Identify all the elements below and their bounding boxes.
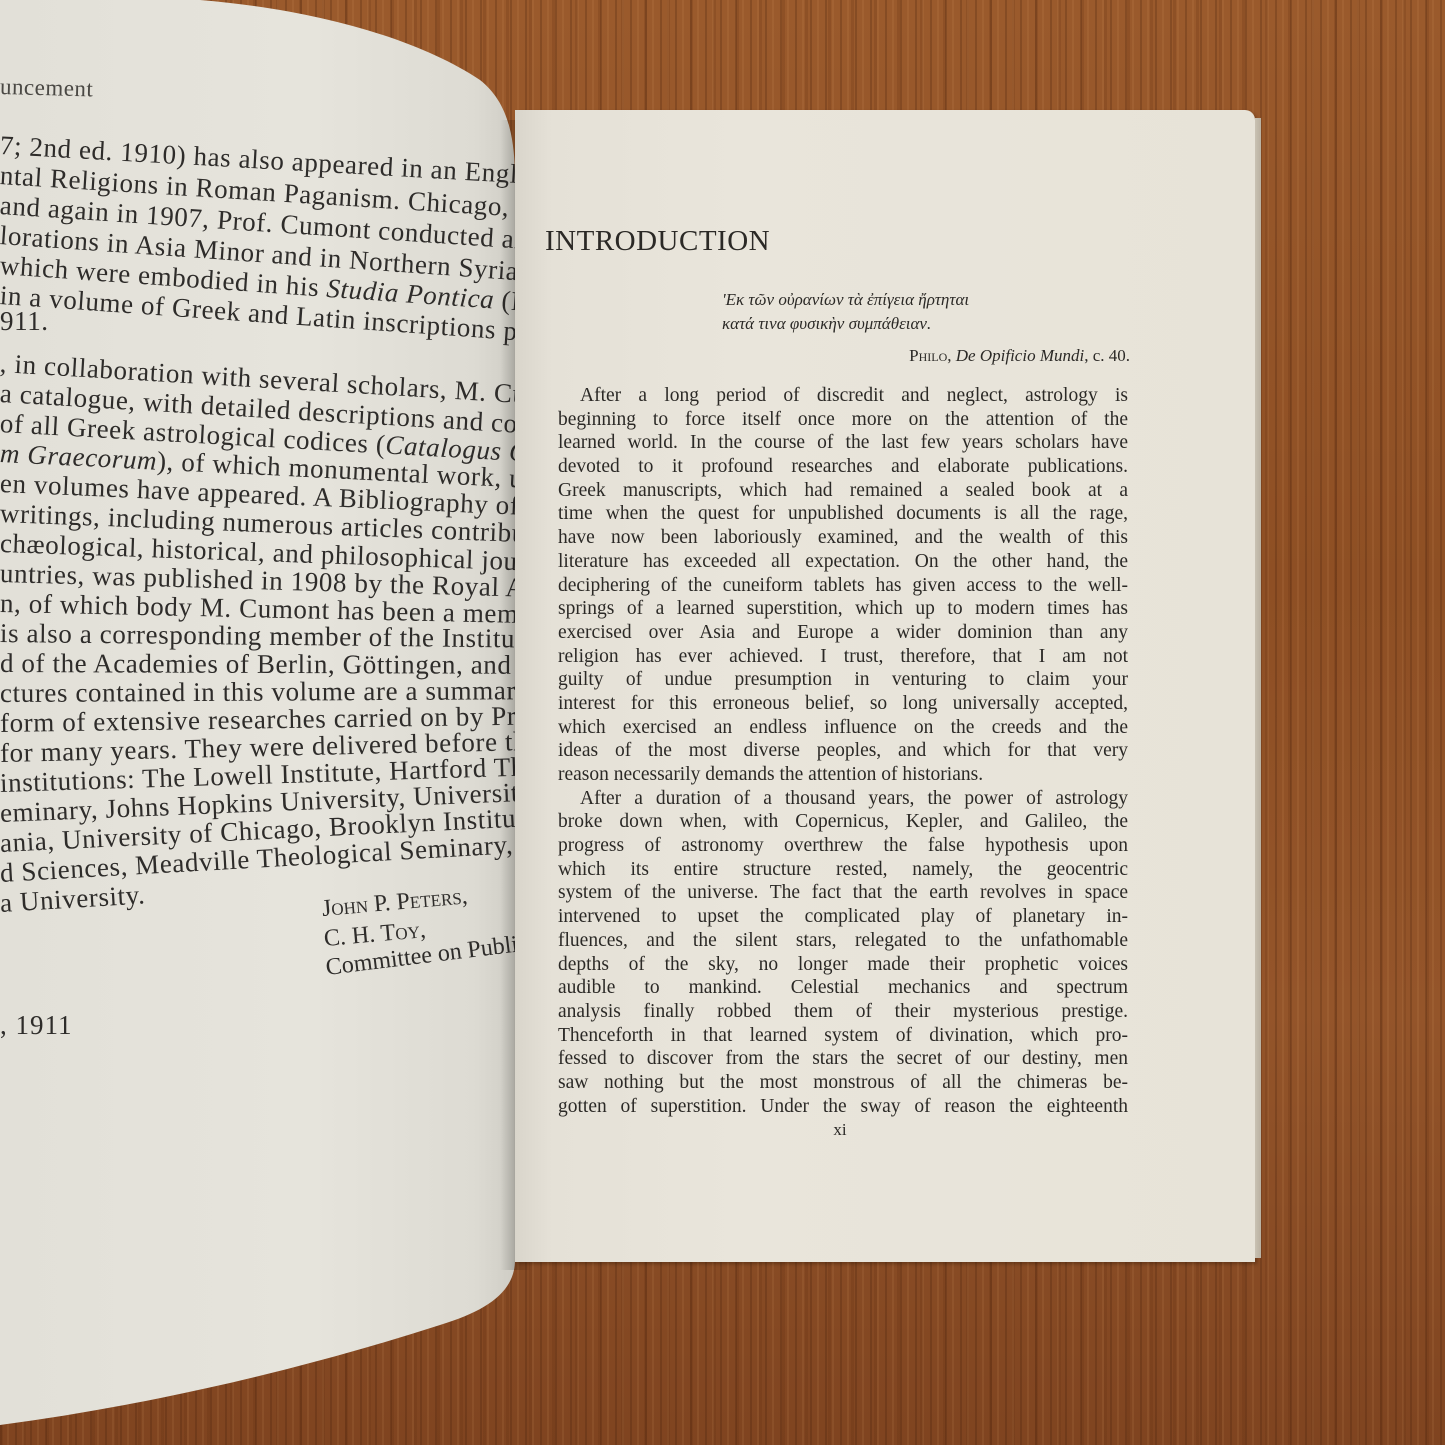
text-line: progress of astronomy overthrew the fals… [558,834,1128,858]
epigraph-greek-line: κατά τινα φυσικὴν συμπάθειαν. [722,312,1130,336]
text-line: have now been laboriously examined, and … [558,526,1128,550]
body-text: After a long period of discredit and neg… [558,384,1128,1118]
text-line: which exercised an endless influence on … [558,716,1128,740]
epigraph-attribution: Philo, De Opificio Mundi, c. 40. [690,346,1130,366]
text-line: deciphering of the cuneiform tablets has… [558,574,1128,598]
text-line: audible to mankind. Celestial mechanics … [558,976,1128,1000]
page-number: xi [515,1120,1165,1140]
running-head: uncement [0,74,94,102]
right-page: INTRODUCTION 'Εκ τῶν οὐρανίων τὰ ἐπίγεια… [515,110,1255,1262]
text-line: intervened to upset the complicated play… [558,905,1128,929]
text-line: springs of a learned superstition, which… [558,597,1128,621]
text-line: Greek manuscripts, which had remained a … [558,479,1128,503]
signatory-name: John P. Peters, [321,883,469,923]
page-edge [1255,118,1261,1258]
epigraph-greek-line: 'Εκ τῶν οὐρανίων τὰ ἐπίγεια ἤρτηται [722,288,1130,312]
epigraph: 'Εκ τῶν οὐρανίων τὰ ἐπίγεια ἤρτηται κατά… [690,288,1130,366]
epigraph-author: Philo [909,346,947,365]
text-line: broke down when, with Copernicus, Kepler… [558,810,1128,834]
text-line: religion has ever achieved. I trust, the… [558,645,1128,669]
text-line: guilty of undue presumption in venturing… [558,668,1128,692]
text-line: Thenceforth in that learned system of di… [558,1024,1128,1048]
left-page: uncement 7; 2nd ed. 1910) has also appea… [0,0,515,1445]
text-line: fluences, and the silent stars, relegate… [558,929,1128,953]
text-line: which its entire structure rested, namel… [558,858,1128,882]
text-line: After a long period of discredit and neg… [558,384,1128,408]
text-line: beginning to force itself once more on t… [558,408,1128,432]
date-line: , 1911 [0,1010,73,1041]
signatory-text: John P. Peters, [321,883,469,922]
text-line: fessed to discover from the stars the se… [558,1047,1128,1071]
text-line: After a duration of a thousand years, th… [558,787,1128,811]
text-line: interest for this erroneous belief, so l… [558,692,1128,716]
epigraph-work: De Opificio Mundi [956,346,1084,365]
text-line: reason necessarily demands the attention… [558,763,1128,787]
text-line: analysis finally robbed them of their my… [558,1000,1128,1024]
epigraph-ref: , c. 40. [1084,346,1130,365]
page-title: INTRODUCTION [545,225,770,258]
text-line: learned world. In the course of the last… [558,431,1128,455]
text-line: ideas of the most diverse peoples, and w… [558,739,1128,763]
text-line: time when the quest for unpublished docu… [558,502,1128,526]
paragraph-1: After a long period of discredit and neg… [558,384,1128,787]
text-line: gotten of superstition. Under the sway o… [558,1095,1128,1119]
text-line: exercised over Asia and Europe a wider d… [558,621,1128,645]
text-line: 911. [0,306,49,337]
text-line: depths of the sky, no longer made their … [558,953,1128,977]
text-line: literature has exceeded all expectation.… [558,550,1128,574]
text-line: devoted to it profound researches and el… [558,455,1128,479]
text-line: saw nothing but the most monstrous of al… [558,1071,1128,1095]
paragraph-2: After a duration of a thousand years, th… [558,787,1128,1119]
text-line: system of the universe. The fact that th… [558,881,1128,905]
